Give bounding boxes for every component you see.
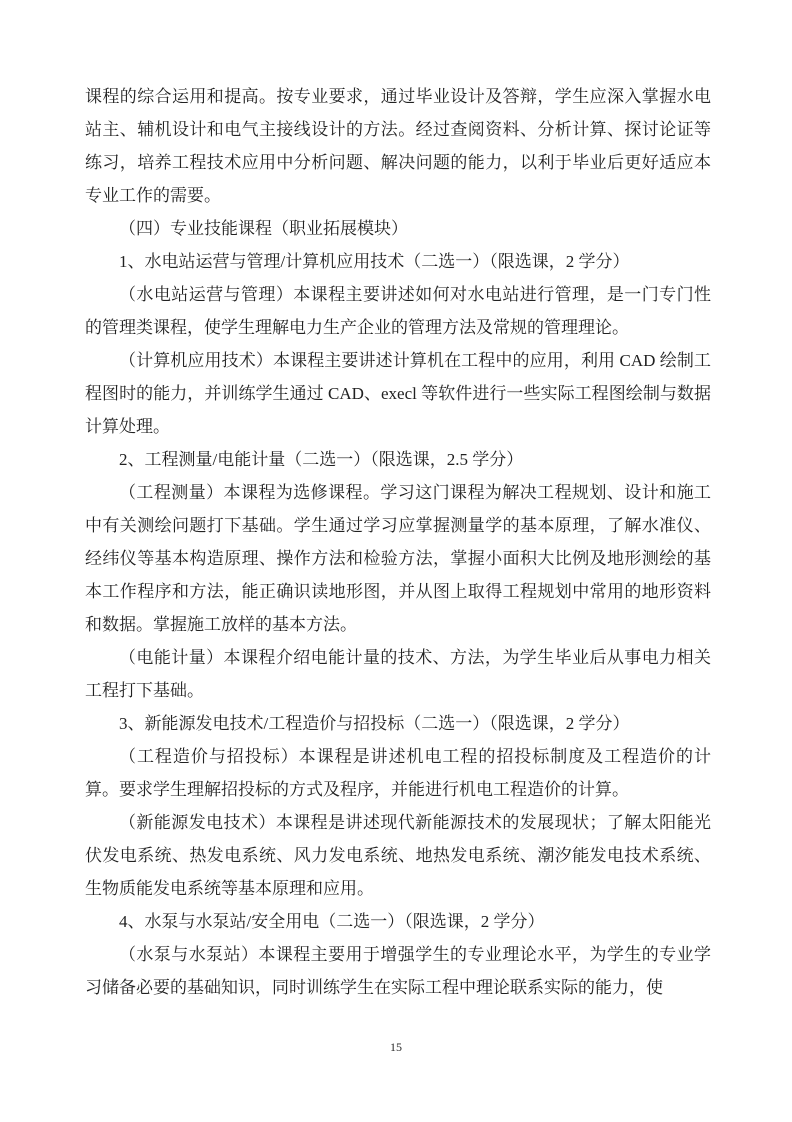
course-item-1-desc-a: （水电站运营与管理）本课程主要讲述如何对水电站进行管理，是一门专门性的管理类课程… <box>85 278 711 344</box>
page-footer: 15 <box>0 1038 792 1056</box>
course-item-3-desc-a: （工程造价与招投标）本课程是讲述机电工程的招投标制度及工程造价的计算。要求学生理… <box>85 740 711 806</box>
course-item-2-desc-b: （电能计量）本课程介绍电能计量的技术、方法，为学生毕业后从事电力相关工程打下基础… <box>85 641 711 707</box>
document-page: 课程的综合运用和提高。按专业要求，通过毕业设计及答辩，学生应深入掌握水电站主、辅… <box>0 0 792 1122</box>
page-body-text: 课程的综合运用和提高。按专业要求，通过毕业设计及答辩，学生应深入掌握水电站主、辅… <box>85 80 711 1004</box>
course-item-4-desc: （水泵与水泵站）本课程主要用于增强学生的专业理论水平，为学生的专业学习储备必要的… <box>85 938 711 1004</box>
course-item-3-desc-b: （新能源发电技术）本课程是讲述现代新能源技术的发展现状；了解太阳能光伏发电系统、… <box>85 806 711 905</box>
course-item-1-desc-b: （计算机应用技术）本课程主要讲述计算机在工程中的应用，利用 CAD 绘制工程图时… <box>85 344 711 443</box>
course-item-2-desc-a: （工程测量）本课程为选修课程。学习这门课程为解决工程规划、设计和施工中有关测绘问… <box>85 476 711 641</box>
course-item-3-title: 3、新能源发电技术/工程造价与招投标（二选一）（限选课，2 学分） <box>85 707 711 740</box>
course-item-4-title: 4、水泵与水泵站/安全用电（二选一）（限选课，2 学分） <box>85 905 711 938</box>
section-heading: （四）专业技能课程（职业拓展模块） <box>85 212 711 245</box>
course-item-1-title: 1、水电站运营与管理/计算机应用技术（二选一）（限选课，2 学分） <box>85 245 711 278</box>
course-item-2-title: 2、工程测量/电能计量（二选一）（限选课，2.5 学分） <box>85 443 711 476</box>
page-number: 15 <box>390 1040 402 1054</box>
paragraph-continuation: 课程的综合运用和提高。按专业要求，通过毕业设计及答辩，学生应深入掌握水电站主、辅… <box>85 80 711 212</box>
